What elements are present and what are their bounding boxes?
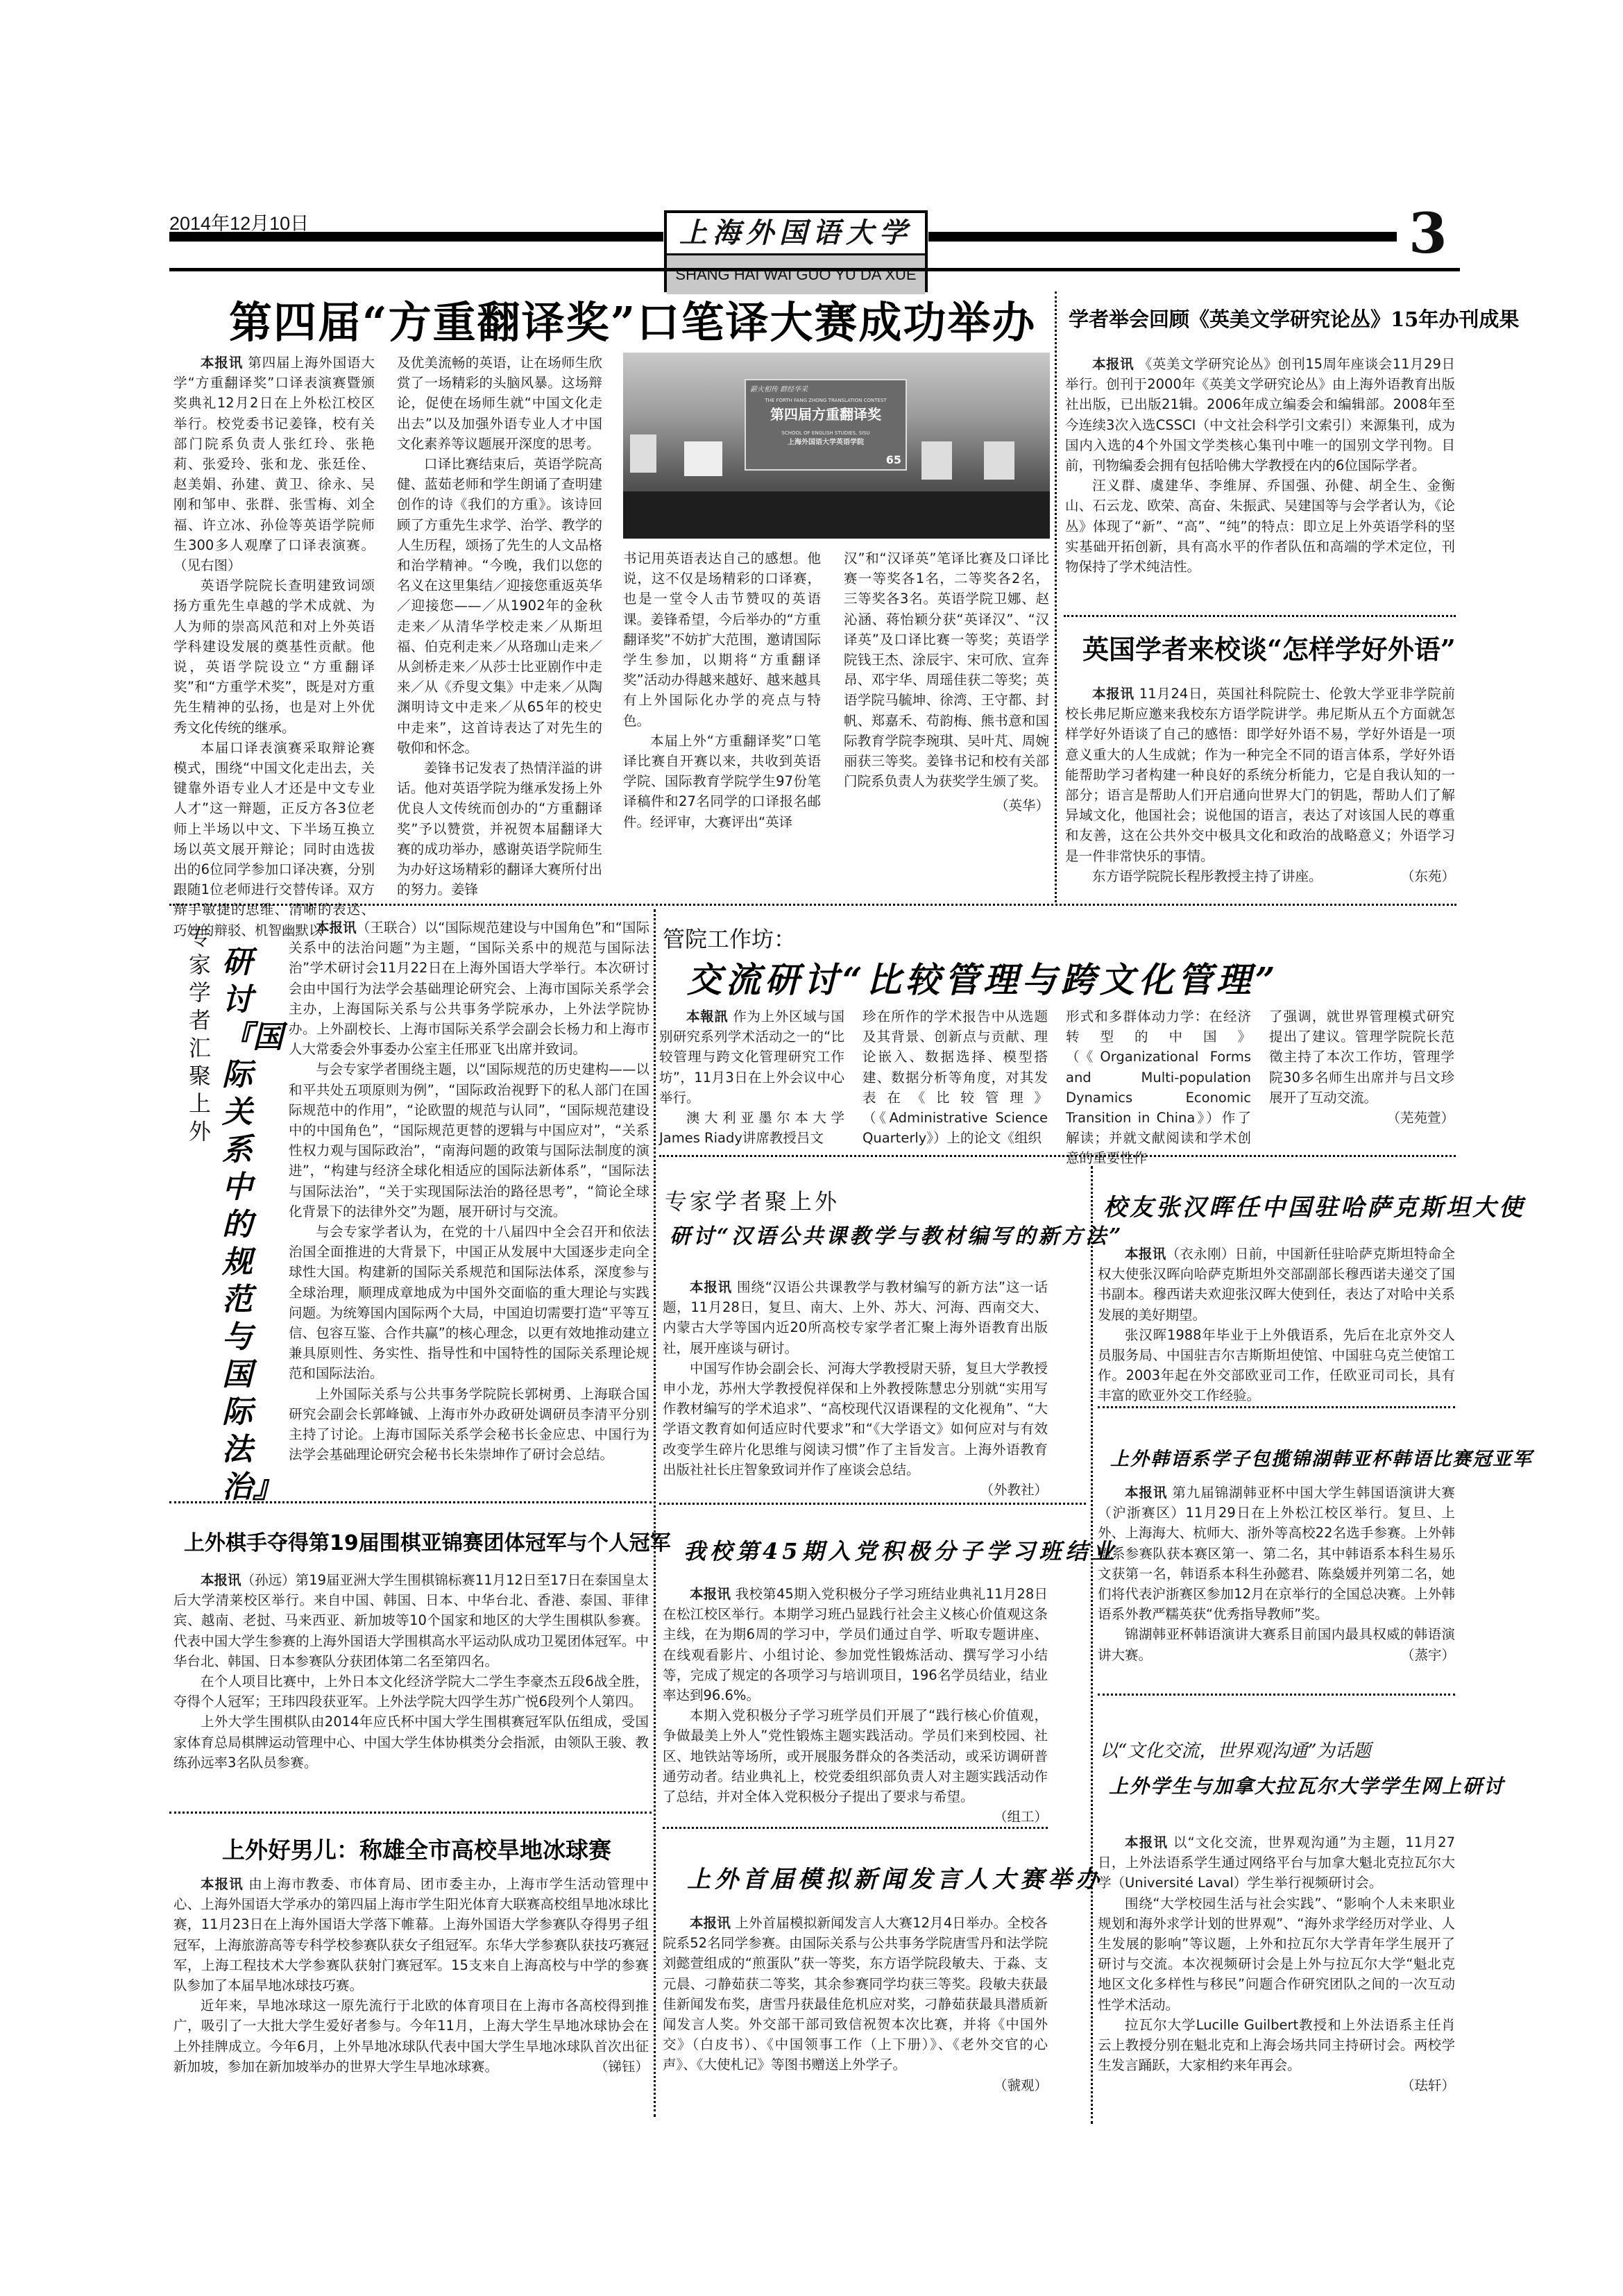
article-guoji: 本报讯（王联合）以“国际规范建设与中国角色”和“国际关系中的法治问题”为主题，“…: [289, 918, 649, 1464]
headline-dangxiao: 我校第45期入党积极分子学习班结业: [683, 1534, 1119, 1566]
headline-fangzhong: 第四届“方重翻译奖”口笔译大赛成功举办: [229, 288, 1036, 350]
kicker-hanyu: 专家学者聚上外: [665, 1184, 840, 1216]
article-jianada: 本报讯 以“文化交流，世界观沟通”为主题，11月27日，上外法语系学生通过网络平…: [1098, 1832, 1455, 2096]
headline-bingqiu: 上外好男儿：称雄全市高校旱地冰球赛: [222, 1832, 611, 1865]
headline-fayanren: 上外首届模拟新闻发言人大赛举办: [687, 1860, 1103, 1894]
article-bingqiu: 本报讯 由上海市教委、市体育局、团市委主办，上海市学生活动管理中心、上海外国语大…: [173, 1874, 649, 2077]
article-weiqi: 本报讯（孙远）第19届亚洲大学生围棋锦标赛11月12日至17日在泰国皇太后大学清…: [173, 1570, 649, 1773]
headline-hanyu: 研讨“汉语公共课教学与教材编写的新方法”: [670, 1219, 1124, 1249]
headline-guoji: 研讨『国际关系中的规范与国际法治』: [222, 944, 257, 1506]
divider-hanyu-contest: [1098, 1694, 1455, 1696]
headline-guanyuan: 交流研讨“比较管理与跨文化管理”: [687, 952, 1280, 1002]
masthead-bar-left: [169, 232, 663, 242]
divider-yingmei: [1064, 615, 1456, 617]
page-number: 3: [1409, 205, 1447, 261]
contest-photo: 薪火相传 群经华采 THE FORTH FANG ZHONG TRANSLATI…: [623, 353, 1050, 539]
headline-jianada: 上外学生与加拿大拉瓦尔大学学生网上研讨: [1109, 1771, 1504, 1799]
article-hanyu-contest: 本报讯 第九届锦湖韩亚杯中国大学生韩国语演讲大赛（沪浙赛区）11月29日在上外松…: [1098, 1483, 1455, 1665]
kicker-guanyuan: 管院工作坊：: [663, 922, 796, 954]
article-fangzhong-col1: 本报讯 第四届上海外国语大学“方重翻译奖”口译表演赛暨颁奖典礼12月2日在上外松…: [173, 353, 375, 940]
divider-dashi: [1098, 1406, 1455, 1408]
article-dangxiao: 本报讯 我校第45期入党积极分子学习班结业典礼11月28日在松江校区举行。本期学…: [663, 1584, 1048, 1827]
article-guanyuan: 本報訊 作为上外区域与国别研究系列学术活动之一的“比较管理与跨文化管理研究工作坊…: [659, 1006, 1454, 1169]
masthead-bar-right: [928, 232, 1397, 242]
article-fangzhong-col2: 及优美流畅的英语，让在场师生欣赏了一场精彩的头脑风暴。这场辩论，促使在场师生就“…: [397, 353, 602, 900]
headline-dashi: 校友张汉晖任中国驻哈萨克斯坦大使: [1103, 1188, 1525, 1222]
headline-weiqi: 上外棋手夺得第19届围棋亚锦赛团体冠军与个人冠军: [184, 1526, 671, 1556]
article-hanyu: 本报讯 围绕“汉语公共课教学与教材编写的新方法”这一话题，11月28日，复旦、南…: [663, 1277, 1048, 1500]
paper-name-cn: 上海外国语大学: [667, 213, 925, 253]
article-yingmei: 本报讯 《英美文学研究论丛》创刊15周年座谈会11月29日举行。创刊于2000年…: [1065, 354, 1455, 577]
divider-guanyuan: [659, 1155, 1456, 1157]
article-yingguo: 本报讯 11月24日，英国社科院院士、伦敦大学亚非学院前校长弗尼斯应邀来我校东方…: [1065, 684, 1455, 886]
masthead-bottom-rule: [169, 268, 1460, 271]
divider-vertical-right: [1091, 1166, 1093, 2124]
divider-dangxiao-top: [659, 1503, 1086, 1505]
kicker-guoji: 专家学者汇聚上外: [189, 923, 214, 1145]
article-fayanren: 本报讯 上外首届模拟新闻发言人大赛12月4日举办。全校各院系52名同学参赛。由国…: [663, 1913, 1048, 2095]
headline-hanyu-contest: 上外韩语系学子包揽锦湖韩亚杯韩语比赛冠亚军: [1110, 1444, 1533, 1471]
article-dashi: 本报讯（衣永刚）日前，中国新任驻哈萨克斯坦特命全权大使张汉晖向哈萨克斯坦外交部副…: [1098, 1244, 1455, 1406]
headline-yingguo: 英国学者来校谈“怎样学好外语”: [1082, 628, 1456, 666]
masthead: 2014年12月10日 上海外国语大学 SHANG HAI WAI GUO YU…: [0, 0, 1623, 278]
paper-nameplate: 上海外国语大学 SHANG HAI WAI GUO YU DA XUE: [664, 210, 928, 292]
divider-vertical-top: [1055, 292, 1057, 902]
article-fangzhong-col3: 书记用英语表达自己的感想。他说，这不仅是场精彩的口译赛，也是一堂令人击节赞叹的英…: [623, 548, 821, 832]
divider-weiqi-bottom: [169, 1812, 652, 1814]
kicker-jianada: 以“文化交流，世界观沟通”为话题: [1100, 1737, 1371, 1762]
article-fangzhong-col4: 汉”和“汉译英”笔译比赛及口译比赛一等奖各1名，二等奖各2名，三等奖各3名。英语…: [844, 548, 1049, 816]
divider-dangxiao-bottom: [663, 1827, 1048, 1829]
photo-banner: 薪火相传 群经华采 THE FORTH FANG ZHONG TRANSLATI…: [745, 379, 907, 471]
headline-yingmei: 学者举会回顾《英美文学研究论丛》15年办刊成果: [1069, 304, 1519, 332]
divider-vertical-mid: [654, 909, 656, 2117]
divider-weiqi-top: [169, 1501, 652, 1503]
divider-middle: [169, 904, 1456, 906]
